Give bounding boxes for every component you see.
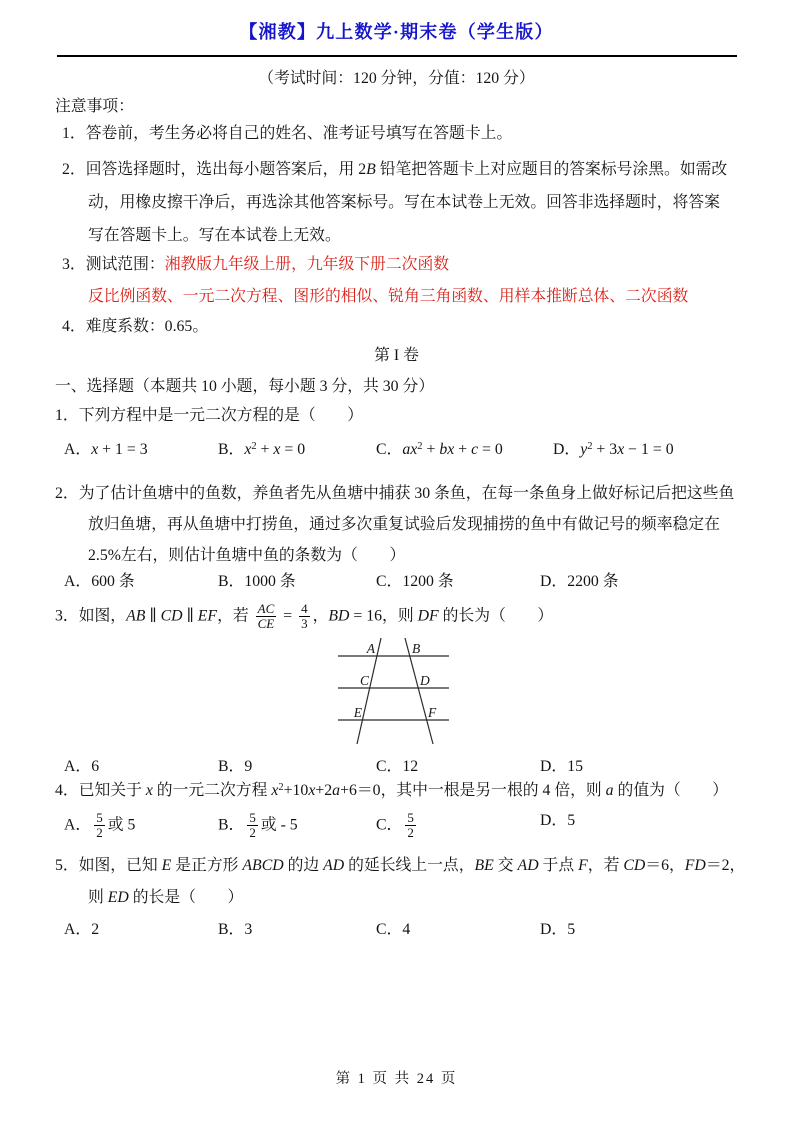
question-2-stem-line-2: 放归鱼塘，再从鱼塘中打捞鱼，通过多次重复试验后发现捕捞的鱼中有做记号的频率稳定在	[88, 515, 720, 535]
question-5-options: A．2 B．3 C．4 D．5	[0, 920, 793, 950]
q3-option-d: D．15	[540, 757, 583, 777]
exam-info: （考试时间：120 分钟，分值：120 分）	[0, 69, 793, 89]
q3-option-b: B．9	[218, 757, 252, 777]
question-3-stem: 3．如图，AB ∥ CD ∥ EF，若 ACCE = 43，BD = 16，则 …	[55, 602, 553, 632]
q3-option-c: C．12	[376, 757, 418, 777]
section-title: 一、选择题（本题共 10 小题，每小题 3 分，共 30 分）	[55, 377, 434, 397]
question-2-options: A．600 条 B．1000 条 C．1200 条 D．2200 条	[0, 572, 793, 602]
notice-item-3-line-1: 3．测试范围：湘教版九年级上册，九年级下册二次函数	[62, 255, 449, 275]
q2-option-a: A．600 条	[64, 572, 135, 592]
notice-item-2-line-1: 2．回答选择题时，选出每小题答案后，用 2B 铅笔把答题卡上对应题目的答案标号涂…	[62, 160, 727, 180]
figure-label-f: F	[427, 705, 437, 720]
notice-item-4: 4．难度系数：0.65。	[62, 317, 208, 337]
q2-option-c: C．1200 条	[376, 572, 454, 592]
question-5-stem-line-1: 5．如图，已知 E 是正方形 ABCD 的边 AD 的延长线上一点，BE 交 A…	[55, 856, 745, 876]
page-footer: 第 1 页 共 24 页	[0, 1070, 793, 1088]
question-4-options: A．52或 5 B．52或 - 5 C．52 D．5	[0, 811, 793, 841]
figure-label-b: B	[412, 641, 420, 656]
figure-label-e: E	[353, 705, 363, 720]
notice-item-2-line-2: 动，用橡皮擦干净后，再选涂其他答案标号。写在本试卷上无效。回答非选择题时，将答案	[88, 193, 720, 213]
question-5-stem-line-2: 则 ED 的长是（ ）	[88, 888, 243, 908]
question-1-stem: 1．下列方程中是一元二次方程的是（ ）	[55, 406, 363, 426]
part-title: 第 I 卷	[0, 346, 793, 366]
header-rule	[57, 55, 737, 57]
q2-option-b: B．1000 条	[218, 572, 296, 592]
question-2-stem-line-1: 2．为了估计鱼塘中的鱼数，养鱼者先从鱼塘中捕获 30 条鱼，在每一条鱼身上做好标…	[55, 484, 734, 504]
question-4-stem: 4．已知关于 x 的一元二次方程 x2+10x+2a+6＝0，其中一根是另一根的…	[55, 781, 728, 801]
doc-title: 【湘教】九上数学·期末卷（学生版）	[0, 21, 793, 44]
q5-option-d: D．5	[540, 920, 575, 940]
q1-option-d: D．y2 + 3x − 1 = 0	[553, 440, 674, 460]
q3-figure-svg: A B C D E F	[336, 636, 461, 746]
q1-option-b: B．x2 + x = 0	[218, 440, 305, 460]
notice-item-2-line-3: 写在答题卡上。写在本试卷上无效。	[88, 226, 341, 246]
q4-option-b: B．52或 - 5	[218, 811, 298, 841]
notices-heading: 注意事项：	[55, 97, 134, 117]
question-1-options: A．x + 1 = 3 B．x2 + x = 0 C．ax2 + bx + c …	[0, 440, 793, 470]
q5-option-b: B．3	[218, 920, 252, 940]
q2-option-d: D．2200 条	[540, 572, 619, 592]
q4-option-d: D．5	[540, 811, 575, 831]
q3-parallel-lines-figure: A B C D E F	[336, 636, 461, 752]
question-2-stem-line-3: 2.5%左右，则估计鱼塘中鱼的条数为（ ）	[88, 546, 405, 566]
notice-item-1: 1．答卷前，考生务必将自己的姓名、准考证号填写在答题卡上。	[62, 124, 512, 144]
exam-page: 【湘教】九上数学·期末卷（学生版） （考试时间：120 分钟，分值：120 分）…	[0, 0, 793, 1122]
figure-label-c: C	[360, 673, 370, 688]
q4-option-a: A．52或 5	[64, 811, 135, 841]
q4-option-c: C．52	[376, 811, 419, 841]
notice-item-3-line-2: 反比例函数、一元二次方程、图形的相似、锐角三角函数、用样本推断总体、二次函数	[88, 287, 688, 307]
q5-option-a: A．2	[64, 920, 99, 940]
figure-label-a: A	[366, 641, 376, 656]
q5-option-c: C．4	[376, 920, 410, 940]
q3-option-a: A．6	[64, 757, 99, 777]
q1-option-c: C．ax2 + bx + c = 0	[376, 440, 503, 460]
q1-option-a: A．x + 1 = 3	[64, 440, 148, 460]
figure-label-d: D	[419, 673, 430, 688]
